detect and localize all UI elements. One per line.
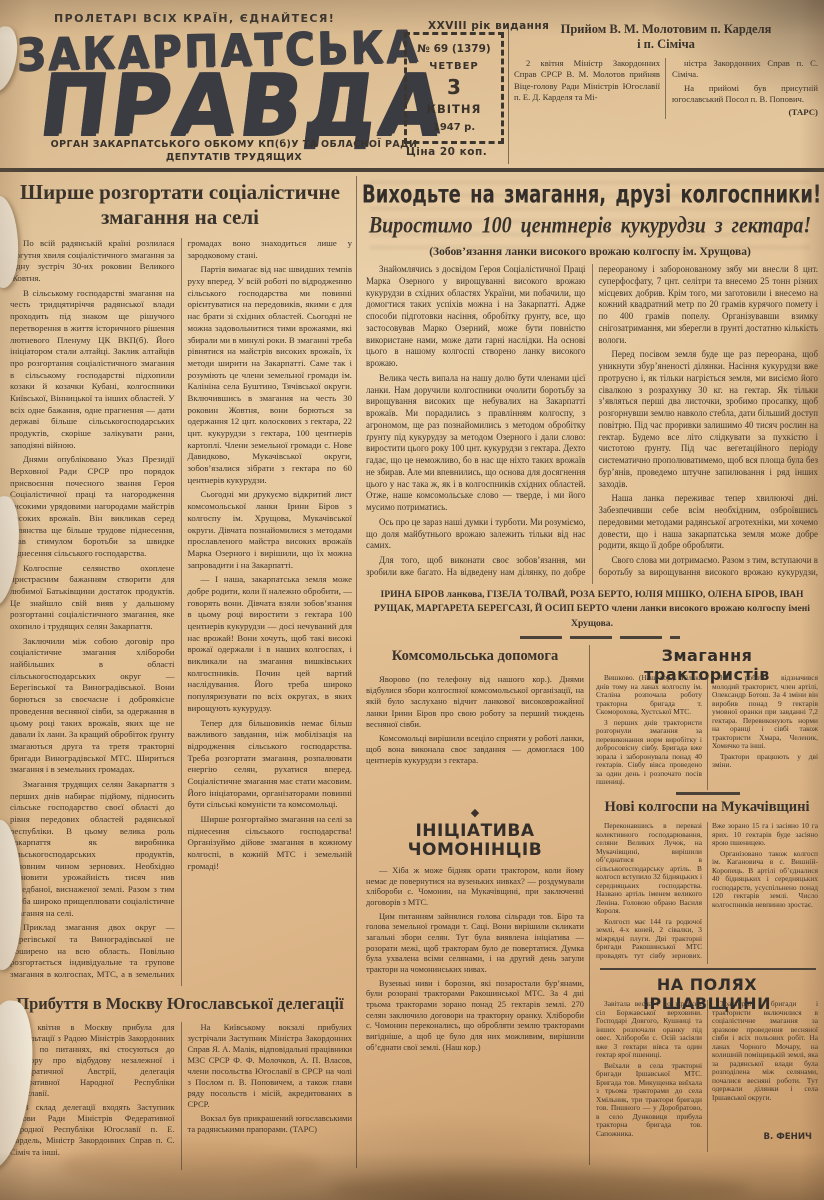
lead-article-title: Ширше розгортати соціалістичнезмагання н… [8,180,352,230]
main-kicker: (Зобов’язання ланки високого врожаю колг… [362,246,818,258]
paragraph: Ось про це зараз наші думки і турботи. М… [366,517,586,552]
paragraph: Наша ланка переживає тепер хвилюючі дні.… [599,493,819,552]
article-reception: Прийом В. М. Молотовим п. Карделяі п. Сі… [514,22,818,119]
weekday: ЧЕТВЕР [429,61,479,72]
main-article-body: Знайомлячись з досвідом Героя Соціалісти… [366,264,818,584]
lead-article-body: По всій радянській країні розлилася могу… [10,238,352,986]
paragraph: Вузенькі ниви і борозни, які позаростали… [366,979,584,1054]
chomonin-title: ІНІЦІАТИВАЧОМОНІНЦІВ [366,822,584,859]
masthead-organ: ОРГАН ЗАКАРПАТСЬКОГО ОБКОМУ КП(б)У ТА ОБ… [38,139,430,165]
paragraph: Знайомлячись з досвідом Героя Соціалісти… [366,264,586,370]
paragraph: ністра Закордонних Справ п. С. Сіміча. [672,58,818,81]
paragraph: Яворово (по телефону від нашого кор.). Д… [366,674,584,730]
paragraph: Тракторні бригади і трактористи включили… [712,1000,818,1102]
section-divider [520,636,680,639]
paragraph: Переконавшись в перевазі колективного го… [596,822,702,916]
newspaper-page: ПРОЛЕТАРІ ВСІХ КРАЇН, ЄДНАЙТЕСЯ! XXVIII … [0,0,824,1200]
day: 3 [447,78,461,96]
paragraph: Виїхали в села тракторні бригади Іршавсь… [596,1062,702,1139]
paragraph: З перших днів трактористи розгорнули зма… [596,719,702,787]
chomonin-body: — Хіба ж може бідняк орати трактором, ко… [366,866,584,1078]
komsomol-title: Комсомольська допомога [366,648,584,665]
paragraph: На роботі відзначився молодий тракторист… [712,674,818,751]
main-article-signatures: ІРИНА БІРОВ ланкова, ГІЗЕЛА ТОЛВАЙ, РОЗА… [374,588,810,631]
year: 1947 р. [433,122,475,133]
paragraph: Комсомольці вирішили всеціло сприяти у р… [366,733,584,767]
paragraph: — Хіба ж може бідняк орати трактором, ко… [366,866,584,909]
paragraph: 2 квітня Міністр Закордонних Справ СРСР … [514,58,660,103]
paper-stain [330,1172,750,1200]
reception-col2: ністра Закордонних Справ п. С. Сіміча.На… [665,58,818,119]
paragraph: Сьогодні ми друкуємо відкритий лист комс… [188,489,353,571]
paragraph: Трактори працюють у дві зміни. [712,753,818,770]
main-subheadline: Виростимо 100 центнерів кукурудзи з гект… [362,213,818,239]
short-rule [676,792,740,795]
paragraph: По всій радянській країні розлилася могу… [10,238,175,285]
paragraph: Цим питанням зайнялися голова сільради т… [366,912,584,976]
paragraph: Перед посівом земля буде ще раз переоран… [599,349,819,490]
price: Ціна 20 коп. [406,146,487,158]
new-kolkhoz-title: Нові колгоспи на Мукачівщині [596,799,818,816]
paragraph: В сільському господарстві змагання на че… [10,288,175,452]
tractors-body: Вишково. (Наш кор.). Кілька днів тому на… [596,674,818,790]
paragraph: Вишково. (Наш кор.). Кілька днів тому на… [596,674,702,717]
new-kolkhoz-body: Переконавшись в перевазі колективного го… [596,822,818,964]
month: КВІТНЯ [427,102,482,116]
news-agency-credit: (ТАРС) [672,107,818,119]
main-headline: Виходьте на змагання, друзі колгоспники! [362,180,818,209]
masthead-slogan: ПРОЛЕТАРІ ВСІХ КРАЇН, ЄДНАЙТЕСЯ! [54,12,335,25]
paragraph: В склад делегації входять Заступник Голо… [10,1102,175,1157]
diamond-divider-icon: ◆ [366,806,584,819]
header-column-rule [508,24,509,164]
sub-column-rule [589,645,590,1165]
paragraph: Днями опубліковано Указ Президії Верховн… [10,454,175,559]
issue-number: № 69 (1379) [417,43,490,55]
thin-rule [600,968,816,970]
paragraph: Тепер для більшовиків немає більш важлив… [188,718,353,812]
issue-date-box: № 69 (1379) ЧЕТВЕР 3 КВІТНЯ 1947 р. [404,32,504,144]
paragraph: — І наша, закарпатська земля може добре … [188,574,353,714]
moscow-article-body: 2 квітня в Москву прибула для консультац… [10,1022,352,1170]
paragraph: 2 квітня в Москву прибула для консультац… [10,1022,175,1099]
paragraph: На Київському вокзалі прибулих зустрічал… [188,1022,353,1110]
organ-line1: ОРГАН ЗАКАРПАТСЬКОГО ОБКОМУ КП(б)У ТА ОБ… [51,139,418,150]
paragraph: Колгоспне селянство охоплене пристрасним… [10,563,175,633]
irshava-body: Завітала весна і до гірських сіл Боржавс… [596,1000,818,1152]
paragraph: Заключили між собою договір про соціаліс… [10,636,175,776]
header-rule [0,168,824,172]
irshava-signature: В. ФЕНИЧ [702,1132,812,1142]
paragraph: Ширше розгортаймо змагання на селі за пі… [188,814,353,872]
komsomol-body: Яворово (по телефону від нашого кор.). Д… [366,674,584,804]
paragraph: Організовано також колгосп ім. Каганович… [712,850,818,910]
paragraph: Партія вимагає від нас швидших темпів ру… [188,264,353,486]
reception-col1: 2 квітня Міністр Закордонних Справ СРСР … [514,58,660,119]
paragraph: Велика честь випала на нашу долю бути чл… [366,373,586,514]
paragraph: На прийомі був присутній югославський По… [672,83,818,106]
moscow-article-title: Прибуття в Москву Югославської делегації [8,994,352,1014]
organ-line2: ДЕПУТАТІВ ТРУДЯЩИХ [166,152,302,163]
paragraph: Змагання трудящих селян Закарпаття з пер… [10,779,175,919]
paragraph: Завітала весна і до гірських сіл Боржавс… [596,1000,702,1060]
reception-title: Прийом В. М. Молотовим п. Карделяі п. Сі… [514,22,818,52]
main-column-rule [356,176,357,1168]
paragraph: Вокзал був прикрашений югославськими та … [188,1113,353,1135]
